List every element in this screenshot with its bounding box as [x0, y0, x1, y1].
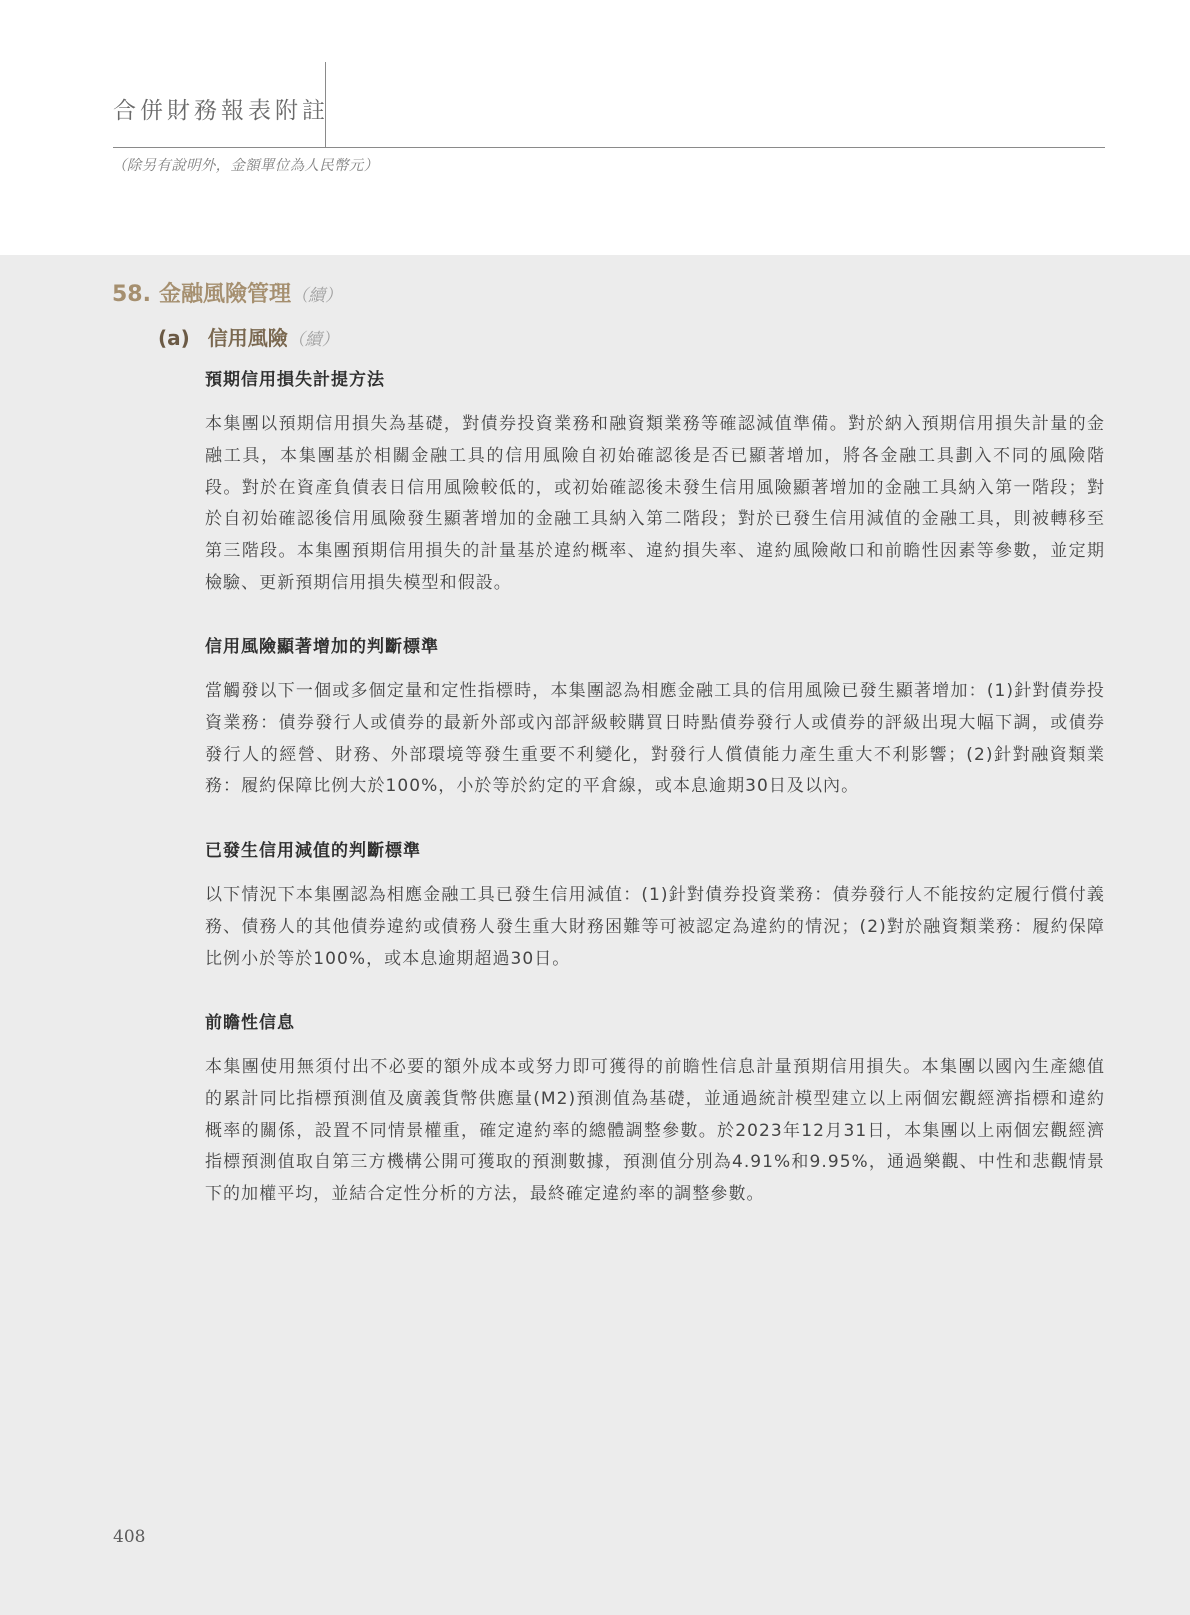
section-title-text: 金融風險管理	[159, 282, 291, 307]
block-ecl-methodology: 預期信用損失計提方法 本集團以預期信用損失為基礎，對債券投資業務和融資類業務等確…	[205, 365, 1105, 600]
document-title: 合併財務報表附註	[113, 92, 329, 125]
block-body: 以下情況下本集團認為相應金融工具已發生信用減值：(1)針對債券投資業務：債券發行…	[205, 880, 1105, 975]
block-body: 本集團以預期信用損失為基礎，對債券投資業務和融資類業務等確認減值準備。對於納入預…	[205, 409, 1105, 600]
currency-note: （除另有說明外，金額單位為人民幣元）	[112, 154, 378, 175]
page-header: 合併財務報表附註 （除另有說明外，金額單位為人民幣元）	[0, 0, 1190, 255]
block-heading: 已發生信用減值的判斷標準	[205, 836, 1105, 861]
block-body: 當觸發以下一個或多個定量和定性指標時，本集團認為相應金融工具的信用風險已發生顯著…	[205, 676, 1105, 803]
header-horizontal-divider	[113, 147, 1105, 148]
header-vertical-divider	[325, 62, 326, 147]
subsection-label: (a)	[158, 326, 190, 350]
block-forward-looking-info: 前瞻性信息 本集團使用無須付出不必要的額外成本或努力即可獲得的前瞻性信息計量預期…	[205, 1008, 1105, 1211]
subsection-title-text: 信用風險	[208, 326, 288, 350]
section-continued-label: （續）	[291, 286, 342, 306]
block-body: 本集團使用無須付出不必要的額外成本或努力即可獲得的前瞻性信息計量預期信用損失。本…	[205, 1052, 1105, 1211]
block-heading: 信用風險顯著增加的判斷標準	[205, 632, 1105, 657]
section-heading: 58.金融風險管理（續）	[112, 277, 342, 308]
section-number: 58.	[112, 282, 151, 307]
subsection-heading: (a)信用風險（續）	[158, 322, 339, 351]
block-heading: 前瞻性信息	[205, 1008, 1105, 1033]
block-credit-impaired-criteria: 已發生信用減值的判斷標準 以下情況下本集團認為相應金融工具已發生信用減值：(1)…	[205, 836, 1105, 975]
block-sicr-criteria: 信用風險顯著增加的判斷標準 當觸發以下一個或多個定量和定性指標時，本集團認為相應…	[205, 632, 1105, 803]
page-number: 408	[113, 1527, 145, 1547]
block-heading: 預期信用損失計提方法	[205, 365, 1105, 390]
subsection-continued-label: （續）	[288, 330, 339, 350]
